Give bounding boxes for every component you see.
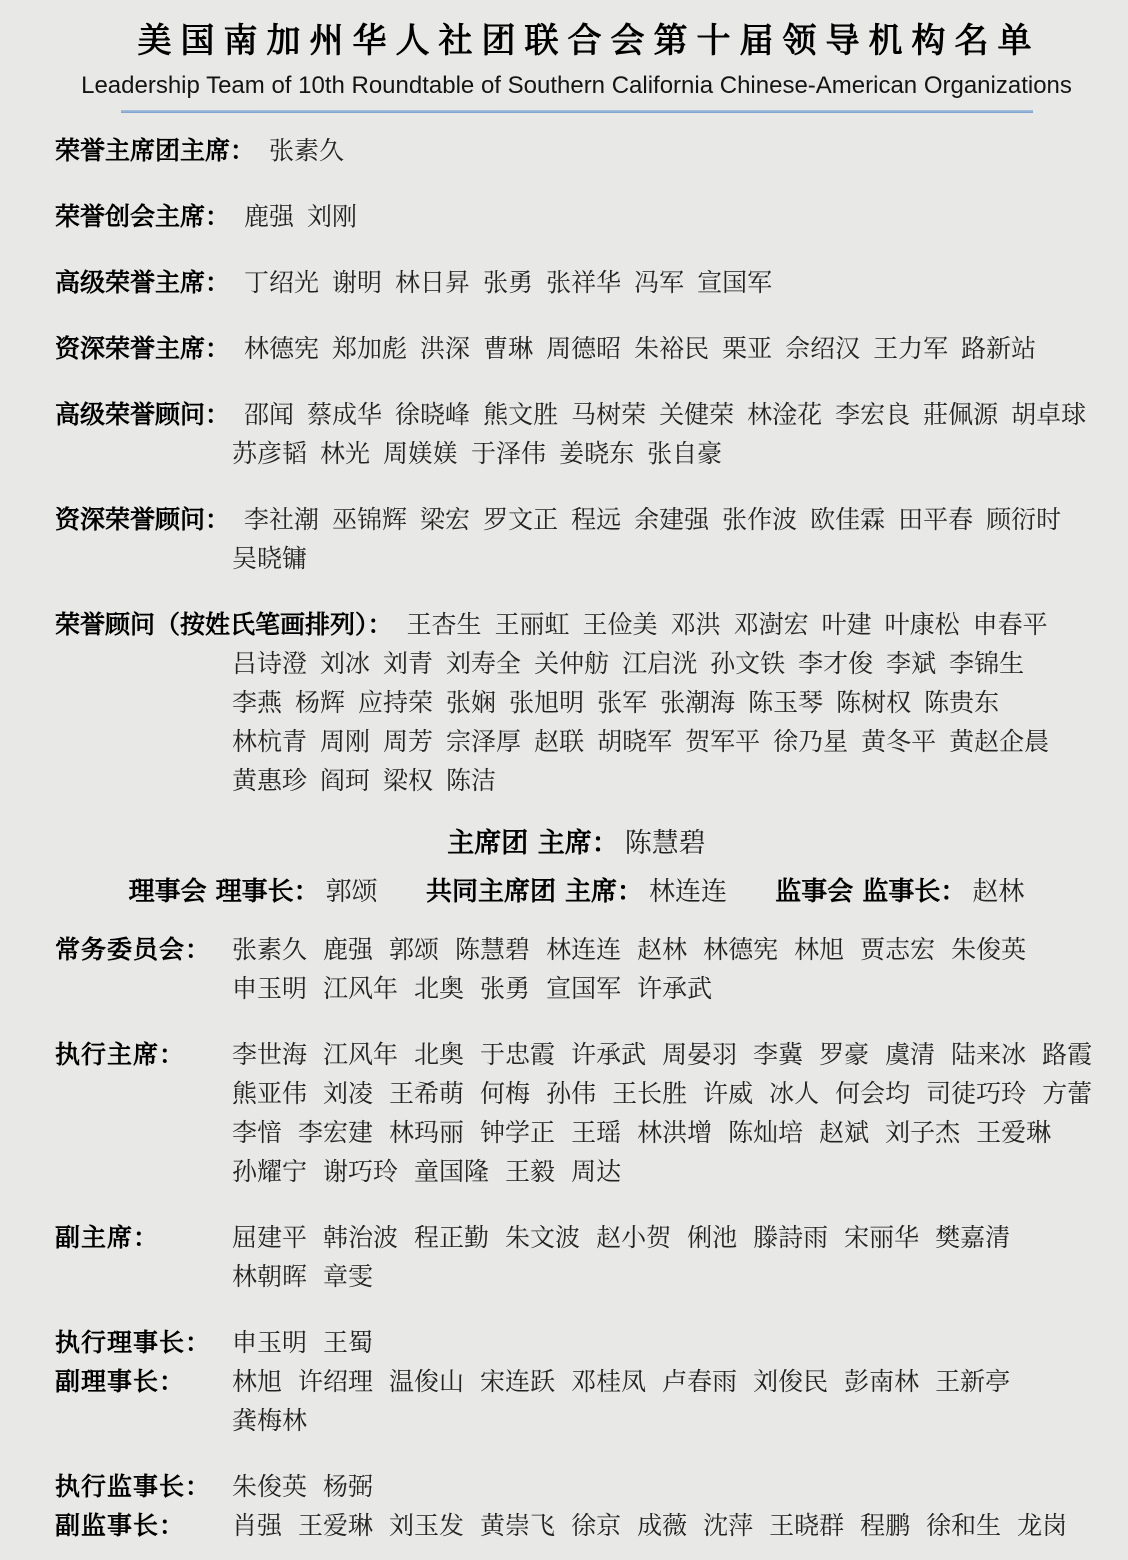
person-name: 邵闻 bbox=[244, 400, 294, 429]
section-label: 荣誉主席团主席： bbox=[55, 136, 255, 165]
person-name: 林光 bbox=[320, 439, 370, 468]
person-name: 谢巧玲 bbox=[323, 1157, 398, 1186]
name-line: 荣誉创会主席：鹿强刘刚 bbox=[55, 197, 1098, 236]
person-name: 宣国军 bbox=[697, 268, 772, 297]
document-page: 美国南加州华人社团联合会第十届领导机构名单 Leadership Team of… bbox=[0, 0, 1128, 1560]
person-name: 龙岗 bbox=[1017, 1511, 1067, 1540]
divider-line bbox=[121, 110, 1033, 113]
person-name: 程鹏 bbox=[860, 1511, 910, 1540]
person-name: 徐晓峰 bbox=[395, 400, 470, 429]
person-name: 宣国军 bbox=[546, 974, 621, 1003]
section-label: 副监事长： bbox=[55, 1506, 232, 1545]
name-line: 荣誉主席团主席：张素久 bbox=[55, 131, 1098, 170]
person-name: 林玛丽 bbox=[389, 1118, 464, 1147]
person-name: 林淦花 bbox=[747, 400, 822, 429]
person-name: 屈建平 bbox=[232, 1223, 307, 1252]
person-name: 赵林 bbox=[637, 935, 687, 964]
person-name: 林旭 bbox=[232, 1367, 282, 1396]
person-name: 俐池 bbox=[687, 1223, 737, 1252]
section: 副主席：屈建平韩治波程正勤朱文波赵小贺俐池滕詩雨宋丽华樊嘉清林朝晖章雯 bbox=[55, 1218, 1098, 1296]
person-name: 李燕 bbox=[232, 688, 282, 717]
boards-line: 理事会 理事长：郭颂 共同主席团 主席：林连连 监事会 监事长：赵林 bbox=[55, 872, 1098, 912]
section-label: 资深荣誉顾问： bbox=[55, 505, 230, 534]
chairman-name: 陈慧碧 bbox=[625, 828, 706, 859]
section-label: 资深荣誉主席： bbox=[55, 334, 230, 363]
person-name: 张娴 bbox=[446, 688, 496, 717]
name-line: 荣誉顾问（按姓氏笔画排列）：王杏生王丽虹王俭美邓洪邓澍宏叶建叶康松申春平 bbox=[55, 605, 1098, 644]
section-label: 副理事长： bbox=[55, 1362, 232, 1401]
person-name: 王蜀 bbox=[323, 1328, 373, 1357]
person-name: 陈慧碧 bbox=[455, 935, 530, 964]
person-name: 徐和生 bbox=[926, 1511, 1001, 1540]
person-name: 梁宏 bbox=[420, 505, 470, 534]
person-name: 滕詩雨 bbox=[753, 1223, 828, 1252]
person-name: 朱俊英 bbox=[951, 935, 1026, 964]
person-name: 刘冰 bbox=[320, 649, 370, 678]
person-name: 赵小贺 bbox=[596, 1223, 671, 1252]
person-name: 王杏生 bbox=[407, 610, 482, 639]
committee-sections: 常务委员会：张素久鹿强郭颂陈慧碧林连连赵林林德宪林旭贾志宏朱俊英申玉明江风年北奥… bbox=[55, 930, 1098, 1545]
person-name: 蔡成华 bbox=[307, 400, 382, 429]
section-label: 高级荣誉主席： bbox=[55, 268, 230, 297]
section: 高级荣誉主席：丁绍光谢明林日昇张勇张祥华冯军宣国军 bbox=[55, 263, 1098, 302]
person-name: 刘凌 bbox=[323, 1079, 373, 1108]
person-name: 刘子杰 bbox=[885, 1118, 960, 1147]
name-line: 执行监事长：朱俊英杨弼 bbox=[55, 1467, 1098, 1506]
person-name: 李愔 bbox=[232, 1118, 282, 1147]
person-name: 贾志宏 bbox=[860, 935, 935, 964]
person-name: 肖强 bbox=[232, 1511, 282, 1540]
person-name: 何梅 bbox=[480, 1079, 530, 1108]
person-name: 鹿强 bbox=[244, 202, 294, 231]
person-name: 余建强 bbox=[634, 505, 709, 534]
person-name: 章雯 bbox=[323, 1262, 373, 1291]
person-name: 王爱琳 bbox=[976, 1118, 1051, 1147]
name-line: 吴晓镛 bbox=[55, 539, 1098, 578]
person-name: 姜晓东 bbox=[559, 439, 634, 468]
person-name: 李宏良 bbox=[835, 400, 910, 429]
section: 副监事长：肖强王爱琳刘玉发黄崇飞徐京成薇沈萍王晓群程鹏徐和生龙岗 bbox=[55, 1506, 1098, 1545]
person-name: 童国隆 bbox=[414, 1157, 489, 1186]
chairman-line: 主席团 主席：陈慧碧 bbox=[55, 824, 1098, 864]
person-name: 方蕾 bbox=[1042, 1079, 1092, 1108]
board-name: 林连连 bbox=[649, 877, 727, 907]
person-name: 叶建 bbox=[822, 610, 872, 639]
board-label: 共同主席团 主席： bbox=[426, 877, 643, 907]
person-name: 李社潮 bbox=[244, 505, 319, 534]
person-name: 陈玉琴 bbox=[748, 688, 823, 717]
name-line: 龚梅林 bbox=[55, 1401, 1098, 1440]
section: 资深荣誉主席：林德宪郑加彪洪深曹琳周德昭朱裕民栗亚佘绍汉王力军路新站 bbox=[55, 329, 1098, 368]
person-name: 李锦生 bbox=[949, 649, 1024, 678]
section: 执行理事长：申玉明王蜀 bbox=[55, 1323, 1098, 1362]
section: 荣誉顾问（按姓氏笔画排列）：王杏生王丽虹王俭美邓洪邓澍宏叶建叶康松申春平吕诗澄刘… bbox=[55, 605, 1098, 800]
section: 高级荣誉顾问：邵闻蔡成华徐晓峰熊文胜马树荣关健荣林淦花李宏良莊佩源胡卓球苏彦韬林… bbox=[55, 395, 1098, 473]
person-name: 陆来冰 bbox=[951, 1040, 1026, 1069]
person-name: 顾衍时 bbox=[986, 505, 1061, 534]
name-line: 孙耀宁谢巧玲童国隆王毅周达 bbox=[55, 1152, 1098, 1191]
person-name: 吕诗澄 bbox=[232, 649, 307, 678]
person-name: 张作波 bbox=[722, 505, 797, 534]
person-name: 朱裕民 bbox=[634, 334, 709, 363]
person-name: 胡卓球 bbox=[1011, 400, 1086, 429]
section-label: 副主席： bbox=[55, 1218, 232, 1257]
board-name: 郭颂 bbox=[326, 877, 378, 907]
person-name: 李冀 bbox=[753, 1040, 803, 1069]
person-name: 宗泽厚 bbox=[446, 727, 521, 756]
person-name: 樊嘉清 bbox=[935, 1223, 1010, 1252]
name-line: 执行理事长：申玉明王蜀 bbox=[55, 1323, 1098, 1362]
section-label: 执行理事长： bbox=[55, 1323, 232, 1362]
person-name: 张素久 bbox=[269, 136, 344, 165]
section-label: 荣誉顾问（按姓氏笔画排列）： bbox=[55, 610, 393, 639]
person-name: 李斌 bbox=[886, 649, 936, 678]
person-name: 关仲舫 bbox=[534, 649, 609, 678]
name-line: 李愔李宏建林玛丽钟学正王瑶林洪增陈灿培赵斌刘子杰王爱琳 bbox=[55, 1113, 1098, 1152]
section-label: 执行主席： bbox=[55, 1035, 232, 1074]
person-name: 莊佩源 bbox=[923, 400, 998, 429]
person-name: 江风年 bbox=[323, 974, 398, 1003]
section: 执行监事长：朱俊英杨弼 bbox=[55, 1467, 1098, 1506]
person-name: 虞清 bbox=[885, 1040, 935, 1069]
board-pair: 理事会 理事长：郭颂 bbox=[129, 872, 378, 912]
person-name: 赵斌 bbox=[819, 1118, 869, 1147]
person-name: 林杭青 bbox=[232, 727, 307, 756]
person-name: 林旭 bbox=[794, 935, 844, 964]
page-title: 美国南加州华人社团联合会第十届领导机构名单 bbox=[55, 20, 1123, 62]
person-name: 朱俊英 bbox=[232, 1472, 307, 1501]
person-name: 郭颂 bbox=[389, 935, 439, 964]
person-name: 李世海 bbox=[232, 1040, 307, 1069]
name-line: 资深荣誉主席：林德宪郑加彪洪深曹琳周德昭朱裕民栗亚佘绍汉王力军路新站 bbox=[55, 329, 1098, 368]
page-subtitle: Leadership Team of 10th Roundtable of So… bbox=[55, 72, 1098, 100]
person-name: 张素久 bbox=[232, 935, 307, 964]
person-name: 张潮海 bbox=[660, 688, 735, 717]
person-name: 王希萌 bbox=[389, 1079, 464, 1108]
person-name: 关健荣 bbox=[659, 400, 734, 429]
person-name: 张军 bbox=[597, 688, 647, 717]
person-name: 韩治波 bbox=[323, 1223, 398, 1252]
person-name: 彭南林 bbox=[844, 1367, 919, 1396]
person-name: 吴晓镛 bbox=[232, 544, 307, 573]
person-name: 沈萍 bbox=[703, 1511, 753, 1540]
person-name: 刘玉发 bbox=[389, 1511, 464, 1540]
person-name: 冰人 bbox=[769, 1079, 819, 1108]
person-name: 孙文铁 bbox=[710, 649, 785, 678]
person-name: 田平春 bbox=[898, 505, 973, 534]
board-pair: 监事会 监事长：赵林 bbox=[775, 872, 1024, 912]
person-name: 路霞 bbox=[1042, 1040, 1092, 1069]
name-line: 高级荣誉主席：丁绍光谢明林日昇张勇张祥华冯军宣国军 bbox=[55, 263, 1098, 302]
person-name: 杨辉 bbox=[295, 688, 345, 717]
person-name: 王新亭 bbox=[935, 1367, 1010, 1396]
section: 执行主席：李世海江风年北奥于忠霞许承武周晏羽李冀罗豪虞清陆来冰路霞熊亚伟刘凌王希… bbox=[55, 1035, 1098, 1191]
person-name: 许绍理 bbox=[298, 1367, 373, 1396]
person-name: 林朝晖 bbox=[232, 1262, 307, 1291]
name-line: 李燕杨辉应持荣张娴张旭明张军张潮海陈玉琴陈树权陈贵东 bbox=[55, 683, 1098, 722]
name-line: 副主席：屈建平韩治波程正勤朱文波赵小贺俐池滕詩雨宋丽华樊嘉清 bbox=[55, 1218, 1098, 1257]
person-name: 梁权 bbox=[383, 766, 433, 795]
person-name: 林洪增 bbox=[637, 1118, 712, 1147]
name-line: 执行主席：李世海江风年北奥于忠霞许承武周晏羽李冀罗豪虞清陆来冰路霞 bbox=[55, 1035, 1098, 1074]
board-label: 理事会 理事长： bbox=[129, 877, 320, 907]
person-name: 刘俊民 bbox=[753, 1367, 828, 1396]
person-name: 邓澍宏 bbox=[734, 610, 809, 639]
person-name: 王丽虹 bbox=[495, 610, 570, 639]
section: 资深荣誉顾问：李社潮巫锦辉梁宏罗文正程远余建强张作波欧佳霖田平春顾衍时吴晓镛 bbox=[55, 500, 1098, 578]
person-name: 张祥华 bbox=[546, 268, 621, 297]
person-name: 刘青 bbox=[383, 649, 433, 678]
person-name: 鹿强 bbox=[323, 935, 373, 964]
person-name: 洪深 bbox=[420, 334, 470, 363]
person-name: 张勇 bbox=[483, 268, 533, 297]
person-name: 王瑶 bbox=[571, 1118, 621, 1147]
person-name: 王长胜 bbox=[612, 1079, 687, 1108]
person-name: 欧佳霖 bbox=[810, 505, 885, 534]
person-name: 王俭美 bbox=[583, 610, 658, 639]
person-name: 叶康松 bbox=[885, 610, 960, 639]
person-name: 许威 bbox=[703, 1079, 753, 1108]
person-name: 卢春雨 bbox=[662, 1367, 737, 1396]
name-line: 熊亚伟刘凌王希萌何梅孙伟王长胜许威冰人何会均司徒巧玲方蕾 bbox=[55, 1074, 1098, 1113]
person-name: 于忠霞 bbox=[480, 1040, 555, 1069]
chairman-label: 主席团 主席： bbox=[447, 828, 618, 859]
person-name: 王力军 bbox=[873, 334, 948, 363]
person-name: 申春平 bbox=[973, 610, 1048, 639]
board-label: 监事会 监事长： bbox=[775, 877, 966, 907]
person-name: 孙耀宁 bbox=[232, 1157, 307, 1186]
person-name: 许承武 bbox=[637, 974, 712, 1003]
person-name: 成薇 bbox=[637, 1511, 687, 1540]
person-name: 黄崇飞 bbox=[480, 1511, 555, 1540]
person-name: 程正勤 bbox=[414, 1223, 489, 1252]
section-label: 执行监事长： bbox=[55, 1467, 232, 1506]
person-name: 巫锦辉 bbox=[332, 505, 407, 534]
person-name: 司徒巧玲 bbox=[926, 1079, 1026, 1108]
name-line: 吕诗澄刘冰刘青刘寿全关仲舫江启洸孙文铁李才俊李斌李锦生 bbox=[55, 644, 1098, 683]
person-name: 于泽伟 bbox=[471, 439, 546, 468]
name-line: 苏彦韬林光周媄媄于泽伟姜晓东张自豪 bbox=[55, 434, 1098, 473]
board-name: 赵林 bbox=[972, 877, 1024, 907]
person-name: 阎珂 bbox=[320, 766, 370, 795]
person-name: 应持荣 bbox=[358, 688, 433, 717]
name-line: 副监事长：肖强王爱琳刘玉发黄崇飞徐京成薇沈萍王晓群程鹏徐和生龙岗 bbox=[55, 1506, 1098, 1545]
section-label: 荣誉创会主席： bbox=[55, 202, 230, 231]
person-name: 熊文胜 bbox=[483, 400, 558, 429]
person-name: 贺军平 bbox=[685, 727, 760, 756]
person-name: 曹琳 bbox=[483, 334, 533, 363]
person-name: 李宏建 bbox=[298, 1118, 373, 1147]
person-name: 黄赵企晨 bbox=[949, 727, 1049, 756]
person-name: 许承武 bbox=[571, 1040, 646, 1069]
person-name: 何会均 bbox=[835, 1079, 910, 1108]
person-name: 邓桂凤 bbox=[571, 1367, 646, 1396]
person-name: 周媄媄 bbox=[383, 439, 458, 468]
person-name: 王爱琳 bbox=[298, 1511, 373, 1540]
person-name: 申玉明 bbox=[232, 1328, 307, 1357]
person-name: 周刚 bbox=[320, 727, 370, 756]
section-label: 常务委员会： bbox=[55, 930, 232, 969]
person-name: 钟学正 bbox=[480, 1118, 555, 1147]
section: 荣誉创会主席：鹿强刘刚 bbox=[55, 197, 1098, 236]
honor-sections: 荣誉主席团主席：张素久荣誉创会主席：鹿强刘刚高级荣誉主席：丁绍光谢明林日昇张勇张… bbox=[55, 131, 1098, 800]
name-line: 常务委员会：张素久鹿强郭颂陈慧碧林连连赵林林德宪林旭贾志宏朱俊英 bbox=[55, 930, 1098, 969]
person-name: 林日昇 bbox=[395, 268, 470, 297]
name-line: 高级荣誉顾问：邵闻蔡成华徐晓峰熊文胜马树荣关健荣林淦花李宏良莊佩源胡卓球 bbox=[55, 395, 1098, 434]
person-name: 黄冬平 bbox=[861, 727, 936, 756]
person-name: 佘绍汉 bbox=[785, 334, 860, 363]
person-name: 刘寿全 bbox=[446, 649, 521, 678]
person-name: 张勇 bbox=[480, 974, 530, 1003]
person-name: 谢明 bbox=[332, 268, 382, 297]
person-name: 苏彦韬 bbox=[232, 439, 307, 468]
person-name: 黄惠珍 bbox=[232, 766, 307, 795]
person-name: 张旭明 bbox=[509, 688, 584, 717]
person-name: 林连连 bbox=[546, 935, 621, 964]
name-line: 申玉明江风年北奥张勇宣国军许承武 bbox=[55, 969, 1098, 1008]
person-name: 徐乃星 bbox=[773, 727, 848, 756]
person-name: 张自豪 bbox=[647, 439, 722, 468]
person-name: 孙伟 bbox=[546, 1079, 596, 1108]
person-name: 冯军 bbox=[634, 268, 684, 297]
person-name: 江启洸 bbox=[622, 649, 697, 678]
person-name: 栗亚 bbox=[722, 334, 772, 363]
person-name: 熊亚伟 bbox=[232, 1079, 307, 1108]
name-line: 林朝晖章雯 bbox=[55, 1257, 1098, 1296]
person-name: 周晏羽 bbox=[662, 1040, 737, 1069]
person-name: 北奥 bbox=[414, 974, 464, 1003]
person-name: 周芳 bbox=[383, 727, 433, 756]
person-name: 江风年 bbox=[323, 1040, 398, 1069]
name-line: 资深荣誉顾问：李社潮巫锦辉梁宏罗文正程远余建强张作波欧佳霖田平春顾衍时 bbox=[55, 500, 1098, 539]
name-line: 黄惠珍阎珂梁权陈洁 bbox=[55, 761, 1098, 800]
person-name: 周达 bbox=[571, 1157, 621, 1186]
person-name: 罗文正 bbox=[483, 505, 558, 534]
person-name: 宋丽华 bbox=[844, 1223, 919, 1252]
person-name: 刘刚 bbox=[307, 202, 357, 231]
person-name: 宋连跃 bbox=[480, 1367, 555, 1396]
person-name: 王毅 bbox=[505, 1157, 555, 1186]
person-name: 温俊山 bbox=[389, 1367, 464, 1396]
person-name: 陈灿培 bbox=[728, 1118, 803, 1147]
person-name: 丁绍光 bbox=[244, 268, 319, 297]
section: 荣誉主席团主席：张素久 bbox=[55, 131, 1098, 170]
board-pair: 共同主席团 主席：林连连 bbox=[426, 872, 727, 912]
person-name: 林德宪 bbox=[703, 935, 778, 964]
person-name: 林德宪 bbox=[244, 334, 319, 363]
section-label: 高级荣誉顾问： bbox=[55, 400, 230, 429]
person-name: 陈洁 bbox=[446, 766, 496, 795]
person-name: 杨弼 bbox=[323, 1472, 373, 1501]
section: 副理事长：林旭许绍理温俊山宋连跃邓桂凤卢春雨刘俊民彭南林王新亭龚梅林 bbox=[55, 1362, 1098, 1440]
person-name: 朱文波 bbox=[505, 1223, 580, 1252]
person-name: 李才俊 bbox=[798, 649, 873, 678]
name-line: 林杭青周刚周芳宗泽厚赵联胡晓军贺军平徐乃星黄冬平黄赵企晨 bbox=[55, 722, 1098, 761]
person-name: 周德昭 bbox=[546, 334, 621, 363]
person-name: 徐京 bbox=[571, 1511, 621, 1540]
person-name: 陈贵东 bbox=[924, 688, 999, 717]
person-name: 罗豪 bbox=[819, 1040, 869, 1069]
person-name: 郑加彪 bbox=[332, 334, 407, 363]
name-line: 副理事长：林旭许绍理温俊山宋连跃邓桂凤卢春雨刘俊民彭南林王新亭 bbox=[55, 1362, 1098, 1401]
person-name: 龚梅林 bbox=[232, 1406, 307, 1435]
person-name: 申玉明 bbox=[232, 974, 307, 1003]
person-name: 陈树权 bbox=[836, 688, 911, 717]
person-name: 路新站 bbox=[961, 334, 1036, 363]
person-name: 北奥 bbox=[414, 1040, 464, 1069]
person-name: 邓洪 bbox=[671, 610, 721, 639]
person-name: 程远 bbox=[571, 505, 621, 534]
person-name: 马树荣 bbox=[571, 400, 646, 429]
person-name: 王晓群 bbox=[769, 1511, 844, 1540]
person-name: 胡晓军 bbox=[597, 727, 672, 756]
section: 常务委员会：张素久鹿强郭颂陈慧碧林连连赵林林德宪林旭贾志宏朱俊英申玉明江风年北奥… bbox=[55, 930, 1098, 1008]
person-name: 赵联 bbox=[534, 727, 584, 756]
